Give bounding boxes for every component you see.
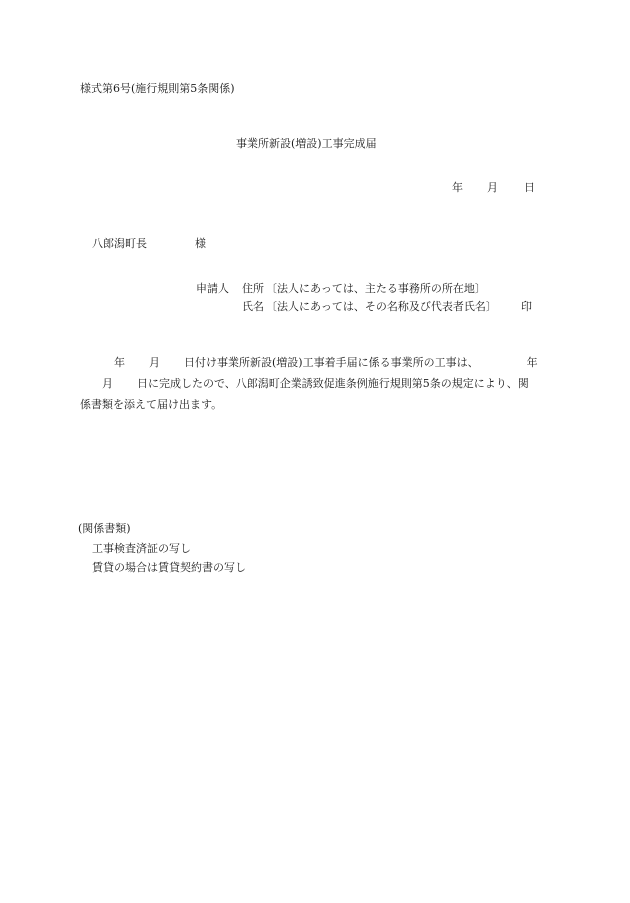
date-month-label: 月 bbox=[487, 181, 498, 195]
addressee-name: 八郎潟町長 bbox=[92, 237, 147, 251]
body-line-3: 係書類を添えて届け出ます。 bbox=[80, 394, 550, 415]
form-number: 様式第6号(施行規則第5条関係) bbox=[80, 82, 235, 96]
date-year-label: 年 bbox=[452, 181, 463, 195]
address-note: 〔法人にあっては、主たる事務所の所在地〕 bbox=[266, 282, 486, 296]
attachment-item: 工事検査済証の写し bbox=[92, 542, 191, 556]
body-month-2: 月 bbox=[102, 377, 113, 390]
date-day-label: 日 bbox=[524, 181, 535, 195]
address-label: 住所 bbox=[242, 282, 264, 296]
attachments-heading: (関係書類) bbox=[78, 522, 131, 536]
document-title: 事業所新設(増設)工事完成届 bbox=[236, 137, 377, 151]
body-year-2: 年 bbox=[527, 356, 538, 369]
body-year-1: 年 bbox=[114, 356, 125, 369]
body-month-1: 月 bbox=[149, 356, 160, 369]
body-line-2: 月日に完成したので、八郎潟町企業誘致促進条例施行規則第5条の規定により、関 bbox=[80, 373, 550, 394]
seal-mark: 印 bbox=[521, 300, 532, 314]
applicant-label: 申請人 bbox=[196, 282, 229, 296]
attachment-item: 賃貸の場合は賃貸契約書の写し bbox=[92, 561, 246, 575]
body-text-1: 日付け事業所新設(増設)工事着手届に係る事業所の工事は、 bbox=[184, 356, 479, 369]
body-paragraph: 年月日付け事業所新設(増設)工事着手届に係る事業所の工事は、年 月日に完成したの… bbox=[80, 352, 550, 415]
body-line-1: 年月日付け事業所新設(増設)工事着手届に係る事業所の工事は、年 bbox=[80, 352, 550, 373]
addressee-honorific: 様 bbox=[195, 237, 206, 251]
name-note: 〔法人にあっては、その名称及び代表者氏名〕 bbox=[266, 300, 497, 314]
body-text-2: 日に完成したので、八郎潟町企業誘致促進条例施行規則第5条の規定により、関 bbox=[137, 377, 529, 390]
name-label: 氏名 bbox=[242, 300, 264, 314]
